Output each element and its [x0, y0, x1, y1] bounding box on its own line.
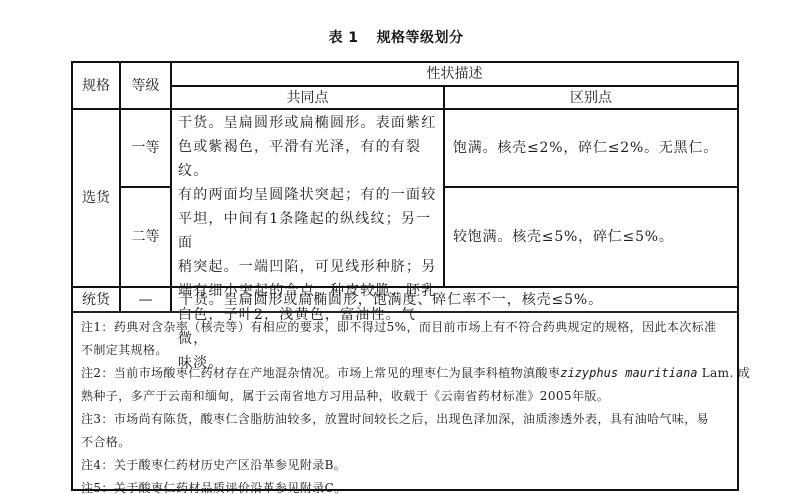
row-divider — [170, 85, 737, 87]
header-spec: 规格 — [73, 63, 119, 108]
row-divider — [73, 311, 737, 313]
row-divider — [443, 186, 737, 188]
spec-general: 统货 — [73, 288, 119, 312]
header-traits: 性状描述 — [172, 63, 737, 85]
grade-first: 一等 — [121, 110, 170, 186]
note-3: 注3：市场尚有陈货，酸枣仁含脂肪油较多，放置时间较长之后，出现色泽加深，油质渗透… — [81, 408, 729, 431]
spec-grade-table: 规格 等级 性状描述 共同点 区别点 选货 一等 二等 干货。呈扁圆形或扁椭圆形… — [71, 61, 739, 491]
common-line: 稍突起。一端凹陷，可见线形种脐；另 — [178, 255, 437, 279]
note-2: 注2：当前市场酸枣仁药材存在产地混杂情况。市场上常见的理枣仁为鼠李科植物滇酸枣z… — [81, 362, 729, 385]
spec-selected: 选货 — [73, 110, 119, 286]
grade-general: — — [121, 288, 170, 312]
difference-first: 饱满。核壳≤2%，碎仁≤2%。无黑仁。 — [453, 110, 737, 186]
difference-second: 较饱满。核壳≤5%，碎仁≤5%。 — [453, 188, 737, 286]
row-divider — [119, 186, 170, 188]
col-divider — [170, 63, 172, 312]
note-1: 注1：药典对含杂率（核壳等）有相应的要求，即不得过5%，而目前市场上有不符合药典… — [81, 316, 729, 339]
general-description: 干货。呈扁圆形或扁椭圆形，饱满度、碎仁率不一，核壳≤5%。 — [179, 288, 737, 312]
note-2-text: 注2：当前市场酸枣仁药材存在产地混杂情况。市场上常见的理枣仁为鼠李科植物滇酸枣 — [81, 366, 560, 380]
common-description: 干货。呈扁圆形或扁椭圆形。表面紫红 色或紫褐色，平滑有光泽，有的有裂纹。 有的两… — [172, 111, 443, 287]
note-1-cont: 不制定其规格。 — [81, 339, 729, 362]
note-5: 注5：关于酸枣仁药材品质评价沿革参见附录C。 — [81, 477, 729, 494]
header-common: 共同点 — [172, 87, 443, 109]
note-4: 注4：关于酸枣仁药材历史产区沿革参见附录B。 — [81, 454, 729, 477]
grade-second: 二等 — [121, 188, 170, 286]
note-2-author: Lam. 成 — [698, 366, 751, 380]
latin-name: zizyphus mauritiana — [560, 366, 697, 380]
row-divider — [73, 286, 737, 288]
note-3-cont: 不合格。 — [81, 431, 729, 454]
note-2-cont: 熟种子，多产于云南和缅甸，属于云南省地方习用品种，收载于《云南省药材标准》200… — [81, 385, 729, 408]
table-number: 表 1 — [328, 30, 358, 46]
header-grade: 等级 — [121, 63, 170, 108]
table-caption: 表 1规格等级划分 — [0, 27, 792, 47]
row-divider — [73, 108, 737, 110]
table-title: 规格等级划分 — [377, 30, 464, 46]
common-line: 干货。呈扁圆形或扁椭圆形。表面紫红 — [178, 111, 437, 135]
common-line: 色或紫褐色，平滑有光泽，有的有裂纹。 — [178, 135, 437, 183]
notes-section: 注1：药典对含杂率（核壳等）有相应的要求，即不得过5%，而目前市场上有不符合药典… — [73, 313, 737, 494]
common-line: 有的两面均呈圆隆状突起；有的一面较 — [178, 183, 437, 207]
common-line: 平坦，中间有1条隆起的纵线纹；另一面 — [178, 207, 437, 255]
header-difference: 区别点 — [445, 87, 737, 109]
